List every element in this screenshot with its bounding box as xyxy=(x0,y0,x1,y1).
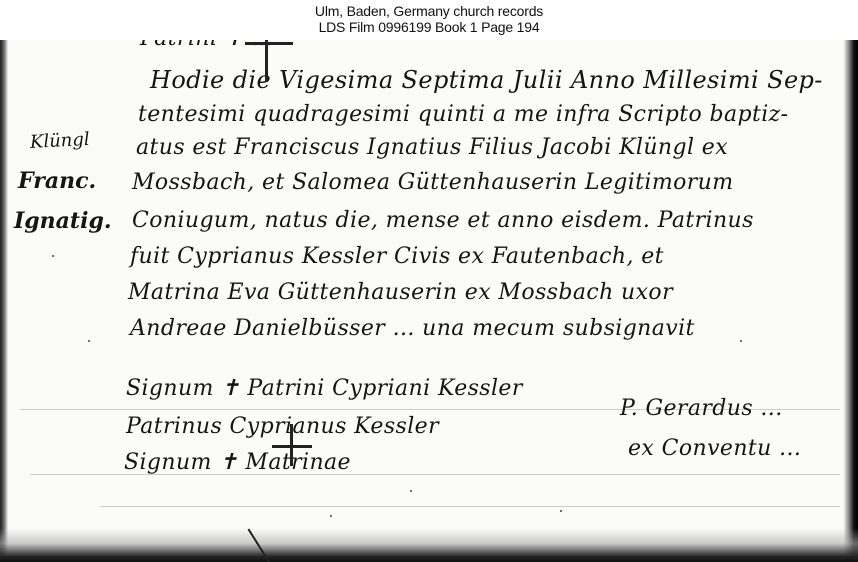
cross-mark-stroke xyxy=(245,42,293,45)
scanned-page: Klüngl Franc. Ignatig. Patrini ✝ ... Hod… xyxy=(0,40,858,562)
scan-edge-bottom xyxy=(0,528,858,562)
record-line-7: Matrina Eva Güttenhauserin ex Mossbach u… xyxy=(128,280,673,305)
record-line-6: fuit Cyprianus Kessler Civis ex Fautenba… xyxy=(130,244,664,269)
ink-speck xyxy=(52,255,54,257)
ink-speck xyxy=(330,515,332,517)
signature-priest-name: P. Gerardus ... xyxy=(620,396,783,421)
record-line-3: atus est Franciscus Ignatius Filius Jaco… xyxy=(136,135,728,160)
ink-speck xyxy=(740,340,742,342)
scan-edge-left xyxy=(0,40,8,562)
signature-line-godmother-mark: Signum ✝ Matrinae xyxy=(124,450,351,475)
signature-priest-convent: ex Conventu ... xyxy=(628,436,801,461)
cross-mark-stroke xyxy=(272,445,312,448)
signature-line-godfather-mark: Signum ✝ Patrini Cypriani Kessler xyxy=(126,376,523,401)
record-title: Ulm, Baden, Germany church records xyxy=(0,0,858,19)
margin-note-given-name-2: Ignatig. xyxy=(14,208,112,234)
ink-speck xyxy=(410,490,412,492)
record-line-8: Andreae Danielbüsser ... una mecum subsi… xyxy=(130,316,695,341)
margin-note-surname: Klüngl xyxy=(29,129,90,153)
record-line-5: Coniugum, natus die, mense et anno eisde… xyxy=(132,208,754,233)
ruled-line xyxy=(100,506,840,507)
cross-mark-stroke xyxy=(265,40,268,82)
record-line-4: Mossbach, et Salomea Güttenhauserin Legi… xyxy=(132,170,734,195)
signature-line-godfather: Patrinus Cyprianus Kessler xyxy=(126,414,439,439)
ink-speck xyxy=(560,510,562,512)
ink-speck xyxy=(88,340,90,342)
margin-note-given-name-1: Franc. xyxy=(18,168,96,194)
record-line-2: tentesimi quadragesimi quinti a me infra… xyxy=(138,102,789,127)
record-line-1: Hodie die Vigesima Septima Julii Anno Mi… xyxy=(150,66,823,94)
record-film-reference: LDS Film 0996199 Book 1 Page 194 xyxy=(0,19,858,35)
record-header: Ulm, Baden, Germany church records LDS F… xyxy=(0,0,858,40)
scan-edge-right xyxy=(844,40,858,562)
